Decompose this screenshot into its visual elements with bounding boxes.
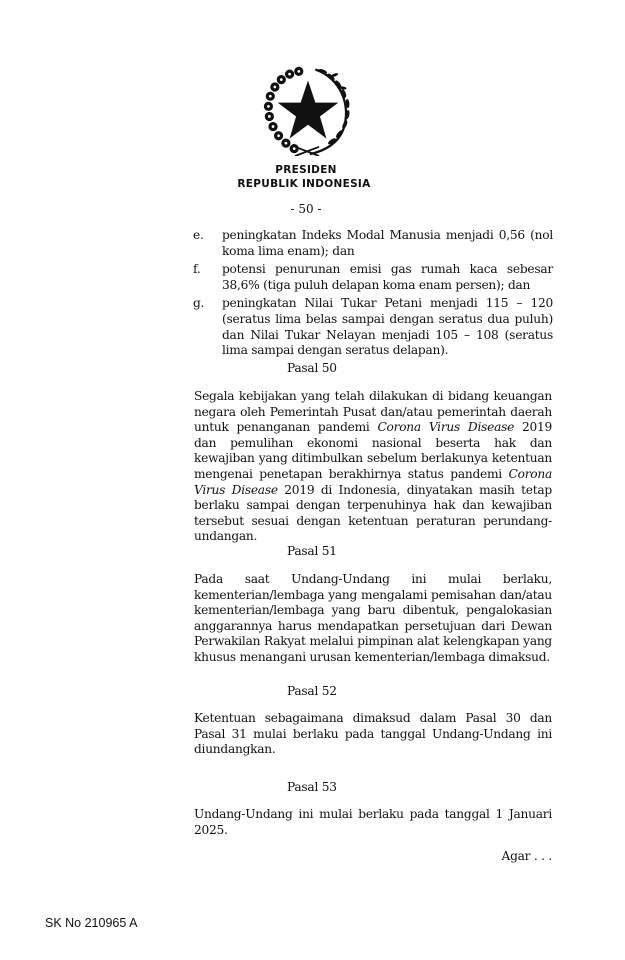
- list-item-text: peningkatan Indeks Modal Manusia menjadi…: [222, 228, 553, 259]
- pasal-51-text: Pada saat Undang-Undang ini mulai berlak…: [194, 572, 552, 666]
- pasal-50-title: Pasal 50: [287, 361, 337, 377]
- continuation-marker: Agar . . .: [502, 849, 552, 865]
- pasal-52-title: Pasal 52: [287, 684, 337, 700]
- target-list: e. peningkatan Indeks Modal Manusia menj…: [193, 228, 553, 362]
- header-republik-indonesia: REPUBLIK INDONESIA: [0, 178, 610, 190]
- pasal-53-text: Undang-Undang ini mulai berlaku pada tan…: [194, 807, 552, 838]
- pasal-52-text: Ketentuan sebagaimana dimaksud dalam Pas…: [194, 711, 552, 758]
- page-number: - 50 -: [0, 202, 612, 216]
- list-item: g. peningkatan Nilai Tukar Petani menjad…: [193, 296, 553, 358]
- list-item: e. peningkatan Indeks Modal Manusia menj…: [193, 228, 553, 259]
- list-item-label: g.: [193, 296, 222, 358]
- list-item-label: f.: [193, 262, 222, 293]
- header-presiden: PRESIDEN: [0, 164, 612, 176]
- list-item: f. potensi penurunan emisi gas rumah kac…: [193, 262, 553, 293]
- list-item-text: potensi penurunan emisi gas rumah kaca s…: [222, 262, 553, 293]
- pasal-50-text: Segala kebijakan yang telah dilakukan di…: [194, 389, 552, 545]
- document-code: SK No 210965 A: [45, 916, 137, 930]
- italic-term: Corona Virus Disease: [377, 420, 514, 434]
- pasal-51-title: Pasal 51: [287, 544, 337, 560]
- garuda-star-emblem-icon: [262, 64, 354, 156]
- pasal-53-title: Pasal 53: [287, 780, 337, 796]
- list-item-label: e.: [193, 228, 222, 259]
- list-item-text: peningkatan Nilai Tukar Petani menjadi 1…: [222, 296, 553, 358]
